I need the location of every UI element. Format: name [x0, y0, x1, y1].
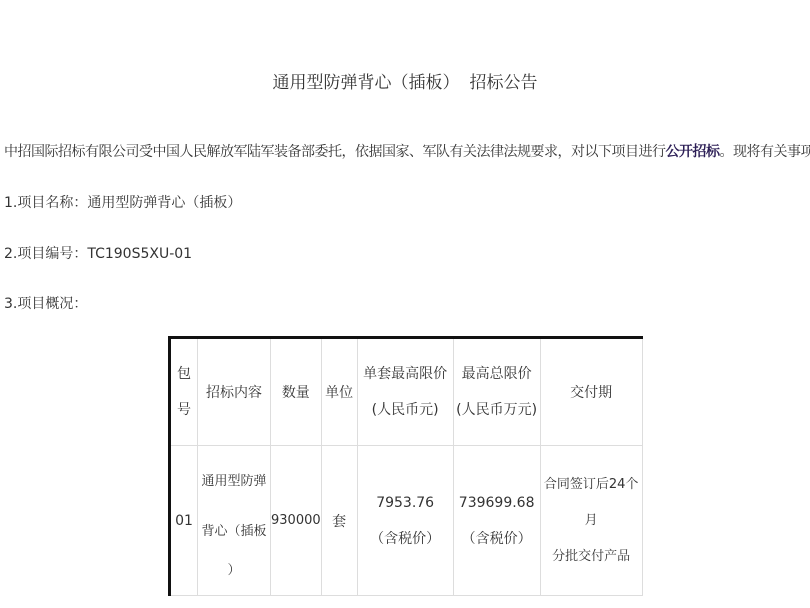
- title-suffix: 招标公告: [470, 73, 538, 93]
- project-name-value: 通用型防弹背心（插板）: [87, 195, 241, 211]
- cell-package-no: 01: [170, 446, 198, 596]
- cell-quantity: 930000: [271, 446, 322, 596]
- cell-total-price: 739699.68 （含税价）: [453, 446, 540, 596]
- header-unit-price: 单套最高限价 (人民币元): [357, 338, 453, 446]
- intro-paragraph: 中招国际招标有限公司受中国人民解放军陆军装备部委托，依据国家、军队有关法律法规要…: [4, 141, 810, 161]
- cell-unit-price: 7953.76 （含税价）: [357, 446, 453, 596]
- header-delivery: 交付期: [540, 338, 642, 446]
- table-row: 01 通用型防弹 背心（插板 ） 930000 套 7953.76 （含税价） …: [170, 446, 643, 596]
- header-package-no: 包 号: [170, 338, 198, 446]
- intro-highlight: 公开招标: [666, 144, 720, 160]
- project-name-label: 1.项目名称：: [4, 195, 87, 211]
- project-number-label: 2.项目编号：: [4, 246, 87, 262]
- project-overview-label: 3.项目概况：: [4, 296, 87, 312]
- header-content: 招标内容: [198, 338, 271, 446]
- header-quantity: 数量: [271, 338, 322, 446]
- page-title: 通用型防弹背心（插板）招标公告: [0, 68, 810, 93]
- project-number-line: 2.项目编号：TC190S5XU-01: [4, 243, 192, 263]
- project-number-value: TC190S5XU-01: [87, 246, 192, 262]
- table-header-row: 包 号 招标内容 数量 单位 单套最高限价 (人民币元) 最高总限价 (人民币万…: [170, 338, 643, 446]
- intro-text: 中招国际招标有限公司受中国人民解放军陆军装备部委托，依据国家、军队有关法律法规要…: [4, 144, 666, 160]
- title-main: 通用型防弹背心（插板）: [273, 73, 460, 93]
- project-name-line: 1.项目名称：通用型防弹背心（插板）: [4, 192, 241, 212]
- cell-delivery: 合同签订后24个月 分批交付产品: [540, 446, 642, 596]
- bid-table: 包 号 招标内容 数量 单位 单套最高限价 (人民币元) 最高总限价 (人民币万…: [168, 336, 643, 596]
- cell-unit: 套: [321, 446, 357, 596]
- header-total-price: 最高总限价 (人民币万元): [453, 338, 540, 446]
- cell-content: 通用型防弹 背心（插板 ）: [198, 446, 271, 596]
- header-unit: 单位: [321, 338, 357, 446]
- project-overview-line: 3.项目概况：: [4, 293, 87, 313]
- intro-text-end: 。现将有关事项通知如下：: [720, 144, 810, 160]
